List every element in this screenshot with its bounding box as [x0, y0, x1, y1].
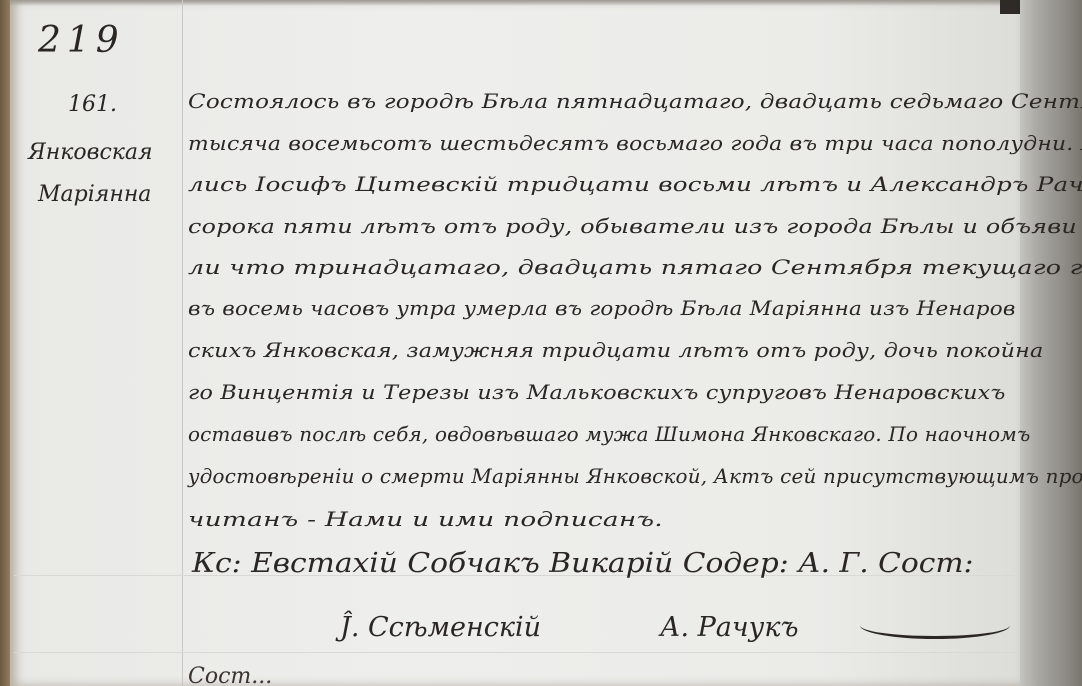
entry-surname: Янковская — [28, 140, 153, 165]
page-number: 219 — [38, 20, 125, 61]
body-line-6: въ восемь часовъ утра умерла въ городѣ Б… — [188, 297, 1016, 320]
body-line-4: сорока пяти лѣтъ отъ роду, обыватели изъ… — [188, 215, 1077, 238]
body-line-9: оставивъ послѣ себя, овдовѣвшаго мужа Ши… — [188, 423, 1030, 446]
body-line-3: лись Іосифъ Цитевскій тридцати восьми лѣ… — [188, 173, 1082, 196]
ruled-line — [14, 652, 1014, 653]
entry-given-name: Маріянна — [38, 182, 151, 207]
signature-witness-2: А. Рачукъ — [660, 612, 798, 643]
body-line-5: ли что тринадцатаго, двадцать пятаго Сен… — [188, 256, 1082, 279]
next-entry-fragment: Сост... — [188, 664, 272, 686]
body-line-10: удостовѣреніи о смерти Маріянны Янковско… — [188, 465, 1082, 488]
signature-flourish — [860, 612, 1010, 639]
signature-priest: Кс: Евстахій Собчакъ Викарій Содер: А. Г… — [192, 548, 974, 579]
signature-witness-1: Ĵ. Ссѣменскій — [340, 612, 541, 643]
body-line-2: тысяча восемьсотъ шестьдесятъ восьмаго г… — [188, 132, 1082, 155]
body-line-1: Состоялось въ городѣ Бѣла пятнадцатаго, … — [188, 90, 1082, 113]
body-line-11: читанъ - Нами и ими подписанъ. — [188, 508, 663, 531]
page-top-shadow — [10, 0, 1020, 6]
margin-rule — [182, 0, 183, 686]
entry-number: 161. — [68, 92, 117, 117]
body-line-8: го Винцентія и Терезы изъ Мальковскихъ с… — [188, 381, 1006, 404]
body-line-7: скихъ Янковская, замужняя тридцати лѣтъ … — [188, 339, 1044, 362]
